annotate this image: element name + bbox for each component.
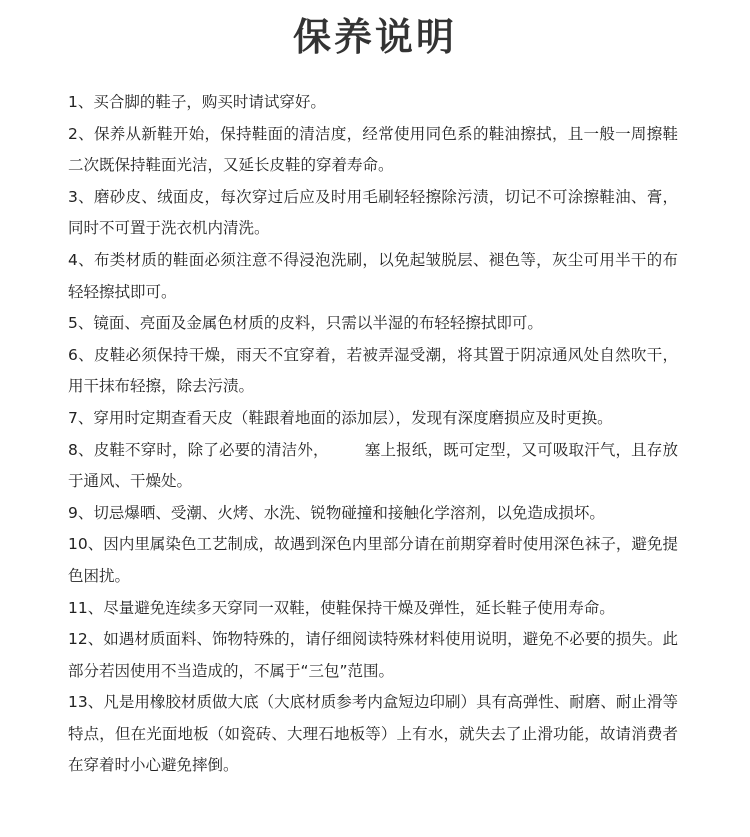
instruction-item-5: 5、镜面、亮面及金属色材质的皮料，只需以半湿的布轻轻擦拭即可。 — [68, 308, 678, 340]
instruction-item-8: 8、皮鞋不穿时，除了必要的清洁外，塞上报纸，既可定型，又可吸取汗气，且存放于通风… — [68, 435, 678, 498]
instruction-item-2: 2、保养从新鞋开始，保持鞋面的清洁度，经常使用同色系的鞋油擦拭，且一般一周擦鞋二… — [68, 119, 678, 182]
instruction-item-7: 7、穿用时定期查看天皮（鞋跟着地面的添加层），发现有深度磨损应及时更换。 — [68, 403, 678, 435]
instruction-item-10: 10、因内里属染色工艺制成，故遇到深色内里部分请在前期穿着时使用深色袜子，避免提… — [68, 529, 678, 592]
instruction-item-13: 13、凡是用橡胶材质做大底（大底材质参考内盒短边印刷）具有高弹性、耐磨、耐止滑等… — [68, 687, 678, 782]
instruction-item-8-part-a: 8、皮鞋不穿时，除了必要的清洁外， — [68, 441, 329, 459]
instruction-item-3: 3、磨砂皮、绒面皮，每次穿过后应及时用毛刷轻轻擦除污渍，切记不可涂擦鞋油、膏，同… — [68, 182, 678, 245]
instruction-item-4: 4、布类材质的鞋面必须注意不得浸泡洗刷，以免起皱脱层、褪色等，灰尘可用半干的布轻… — [68, 245, 678, 308]
instruction-item-12: 12、如遇材质面料、饰物特殊的，请仔细阅读特殊材料使用说明，避免不必要的损失。此… — [68, 624, 678, 687]
instruction-item-1: 1、买合脚的鞋子，购买时请试穿好。 — [68, 87, 678, 119]
instruction-item-9: 9、切忌爆晒、受潮、火烤、水洗、锐物碰撞和接触化学溶剂，以免造成损坏。 — [68, 498, 678, 530]
instruction-item-11: 11、尽量避免连续多天穿同一双鞋，使鞋保持干燥及弹性，延长鞋子使用寿命。 — [68, 593, 678, 625]
care-instructions-list: 1、买合脚的鞋子，购买时请试穿好。 2、保养从新鞋开始，保持鞋面的清洁度，经常使… — [68, 87, 678, 782]
instruction-item-6: 6、皮鞋必须保持干燥，雨天不宜穿着，若被弄湿受潮，将其置于阴凉通风处自然吹干，用… — [68, 340, 678, 403]
page-title: 保养说明 — [0, 12, 750, 62]
